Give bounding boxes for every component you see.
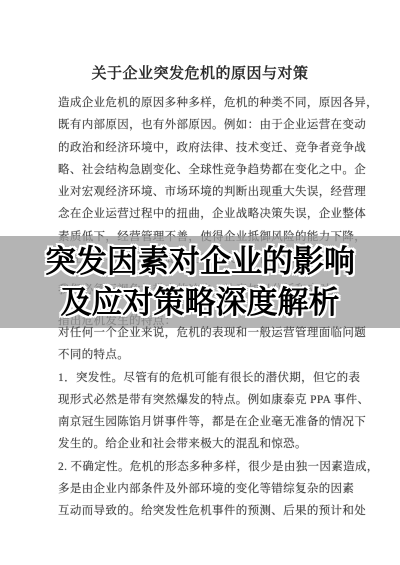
document-page: 关于企业突发危机的原因与对策 造成企业危机的原因多种多样，危机的种类不同，原因各…	[0, 0, 400, 565]
text-line: 不同的特点。	[58, 344, 346, 366]
text-line: 发生的。给企业和社会带来极大的混乱和惊恐。	[58, 433, 346, 455]
text-line: 念在企业运营过程中的扭曲，企业战略决策失误，企业整体	[58, 203, 346, 225]
text-line: 南京冠生园陈馅月饼事件等，都是在企业毫无准备的情况下	[58, 411, 346, 433]
text-line: 对任何一个企业来说，危机的表现和一般运营管理面临问题	[58, 322, 346, 344]
text-line: 造成企业危机的原因多种多样，危机的种类不同，原因各异，	[58, 92, 346, 114]
text-line: 略、社会结构急剧变化、全球性竞争趋势都在变化之中。企	[58, 159, 346, 181]
headline-overlay-banner: 突发因素对企业的影响 及应对策略深度解析	[0, 236, 400, 328]
text-line: 1．突发性。尽管有的危机可能有很长的潜伏期，但它的表	[58, 367, 346, 389]
text-line: 多是由企业内部条件及外部环境的变化等错综复杂的因素	[58, 478, 346, 500]
text-line: 互动而导致的。给突发性危机事件的预测、后果的预计和处	[58, 500, 346, 522]
text-line: 2. 不确定性。危机的形态多种多样，很少是由独一因素造成，	[58, 456, 346, 478]
text-line: 现形式必然是带有突然爆发的特点。例如康泰克 PPA 事件、	[58, 389, 346, 411]
text-line: 的政治和经济环境中，政府法律、技术变迁、竞争者竞争战	[58, 137, 346, 159]
document-title: 关于企业突发危机的原因与对策	[0, 62, 400, 83]
headline-line-1: 突发因素对企业的影响	[45, 241, 355, 282]
headline-line-2: 及应对策略深度解析	[61, 282, 340, 323]
document-body-top: 造成企业危机的原因多种多样，危机的种类不同，原因各异，既有内部原因，也有外部原因…	[58, 92, 346, 248]
document-body-bottom: 对任何一个企业来说，危机的表现和一般运营管理面临问题不同的特点。1．突发性。尽管…	[58, 322, 346, 523]
text-line: 业对宏观经济环境、市场环境的判断出现重大失误，经营理	[58, 181, 346, 203]
text-line: 既有内部原因，也有外部原因。例如：由于企业运营在变动	[58, 114, 346, 136]
